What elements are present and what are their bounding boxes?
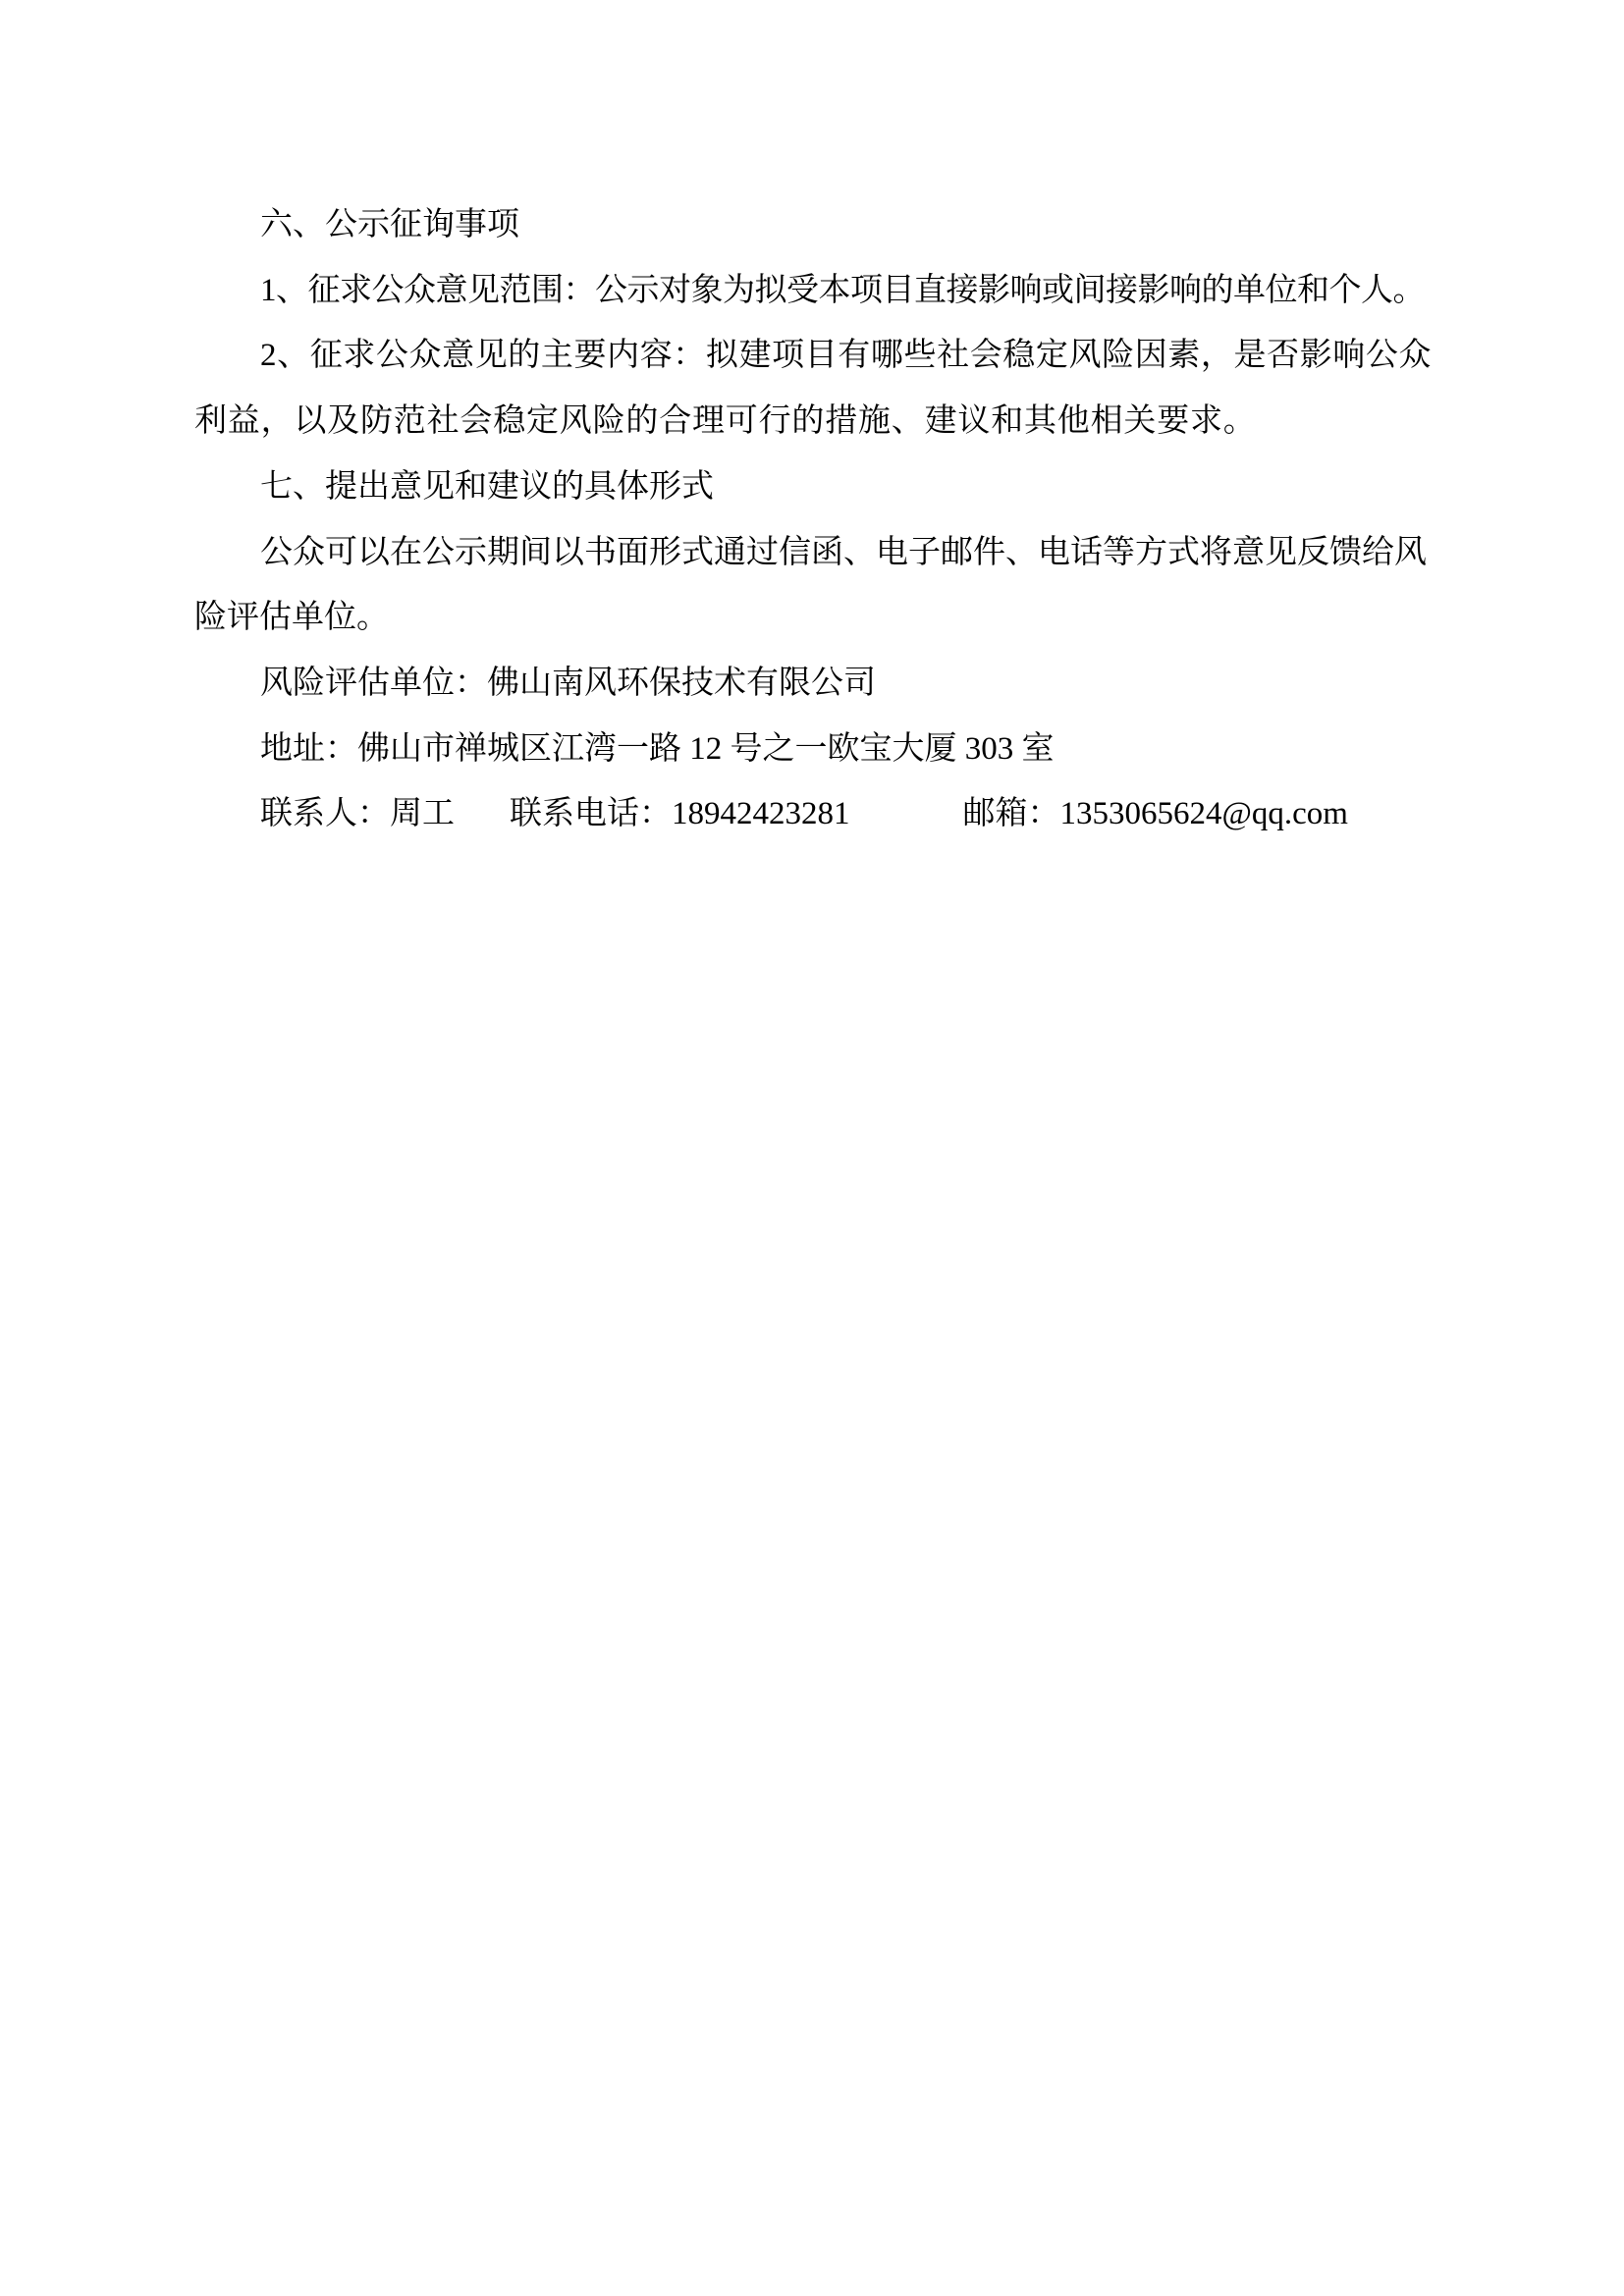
contact-email: 邮箱：1353065624@qq.com — [963, 796, 1348, 831]
item2-content-line2: 利益，以及防范社会稳定风险的合理可行的措施、建议和其他相关要求。 — [194, 389, 1434, 454]
contact-phone: 联系电话：18942423281 — [510, 796, 850, 831]
notice-text-block: 六、公示征询事项 1、征求公众意见范围：公示对象为拟受本项目直接影响或间接影响的… — [194, 192, 1434, 847]
feedback-method-line1: 公众可以在公示期间以书面形式通过信函、电子邮件、电话等方式将意见反馈给风 — [194, 520, 1434, 586]
item2-content-line1: 2、征求公众意见的主要内容：拟建项目有哪些社会稳定风险因素，是否影响公众 — [194, 323, 1434, 389]
item1-scope-line: 1、征求公众意见范围：公示对象为拟受本项目直接影响或间接影响的单位和个人。 — [194, 258, 1434, 324]
contact-person: 联系人：周工 — [260, 796, 455, 831]
contact-line: 联系人：周工联系电话：18942423281邮箱：1353065624@qq.c… — [194, 781, 1434, 847]
assessor-line: 风险评估单位：佛山南风环保技术有限公司 — [194, 651, 1434, 717]
section-six-heading: 六、公示征询事项 — [194, 192, 1434, 258]
address-line: 地址：佛山市禅城区江湾一路 12 号之一欧宝大厦 303 室 — [194, 717, 1434, 782]
feedback-method-line2: 险评估单位。 — [194, 585, 1434, 651]
document-page: 六、公示征询事项 1、征求公众意见范围：公示对象为拟受本项目直接影响或间接影响的… — [0, 0, 1624, 2296]
section-seven-heading: 七、提出意见和建议的具体形式 — [194, 454, 1434, 520]
